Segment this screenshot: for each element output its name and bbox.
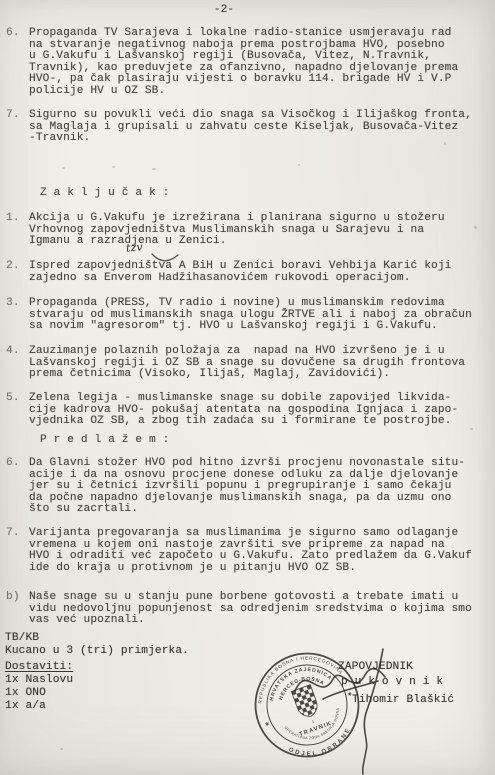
text-line: vas već upoznali. xyxy=(6,615,488,627)
paragraph-text: Zauzimanje polaznih položaja za napad na… xyxy=(29,345,445,357)
paragraph-text: Lašvanskoj regiji i OZ SB a snage su dov… xyxy=(29,357,465,369)
paragraph-number: 7. xyxy=(6,528,29,540)
scan-noise xyxy=(444,142,446,145)
conclusion-item-3: 3.Propaganda (PRESS, TV radio i novine) … xyxy=(6,298,488,333)
paragraph-text: stvaraju od muslimanskih snaga ulogu ŽRT… xyxy=(29,309,472,321)
text-line: -Travnik. xyxy=(6,133,488,145)
paragraph-text: vjednika OZ SB, a zbog tih zadaća su i f… xyxy=(29,415,451,427)
paragraph-number: 4. xyxy=(6,346,29,358)
scanned-document-page: -2- 6.Propaganda TV Sarajeva i lokalne r… xyxy=(0,0,495,775)
conclusion-item-1: 1.Akcija u G.Vakufu je izrežirana i plan… xyxy=(6,213,488,248)
paragraph-text: prema četnicima (Visoko, Ilijaš, Maglaj,… xyxy=(29,368,390,380)
paragraph-number: 7. xyxy=(6,110,29,122)
paragraph-text: Vrhovnog zapovjedništva Muslimanskih sna… xyxy=(29,224,424,236)
conclusion-heading: Z a k l j u č a k : xyxy=(40,188,169,200)
paragraph-number: b) xyxy=(6,592,29,604)
paragraph-text: da počne napadno djelovanje muslimanskih… xyxy=(29,492,451,504)
paragraph-text: Propaganda (PRESS, TV radio i novine) u … xyxy=(29,297,445,309)
scan-noise xyxy=(60,748,63,750)
text-line: policije HV u OZ SB. xyxy=(6,86,488,98)
text-line: vjednika OZ SB, a zbog tih zadaća su i f… xyxy=(6,416,488,428)
paragraph-text: na stvaranje negativnog naboja prema pos… xyxy=(29,39,445,51)
paragraph-text: Ispred zapovjedništva A BiH u Zenici bor… xyxy=(29,260,451,272)
text-line: zajedno sa Enverom Hadžihasanovićem ruko… xyxy=(6,273,488,285)
copies-note: Kucano u 3 (tri) primjerka. xyxy=(5,646,189,658)
text-line: ide do kraja u protivnom je u pitanju HV… xyxy=(6,563,488,575)
conclusion-item-4: 4.Zauzimanje polaznih položaja za napad … xyxy=(6,346,488,381)
paragraph-text: Travnik), kao preduvjete za ofanzivno, n… xyxy=(29,62,458,74)
paragraph-text: u G.Vakufu i Lašvanskoj regiji (Busovača… xyxy=(29,50,431,62)
note-b: b)Naše snage su u stanju pune borbene go… xyxy=(6,592,488,627)
paragraph-text: Sigurno su povukli veći dio snaga sa Vis… xyxy=(29,109,472,121)
paragraph-number: 6. xyxy=(6,28,29,40)
paragraph-text: cije kadrova HVO- pokušaj atentata na go… xyxy=(29,404,458,416)
paragraph-text: Zelena legija - muslimanske snage su dob… xyxy=(29,392,451,404)
paragraph-text: vas već upoznali. xyxy=(29,614,145,626)
paragraph-number: 5. xyxy=(6,393,29,405)
insertion-caret-mark xyxy=(150,251,182,267)
paragraph-text: Akcija u G.Vakufu je izrežirana i planir… xyxy=(29,212,445,224)
typist-initials: TB/KB xyxy=(5,633,39,645)
conclusion-item-2: 2.Ispred zapovjedništva A BiH u Zenici b… xyxy=(6,261,488,284)
distribution-item: 1x Naslovu xyxy=(5,675,73,687)
paragraph-text: vremena u kojem oni nastoje završiti sve… xyxy=(29,539,445,551)
conclusion-item-5: 5.Zelena legija - muslimanske snage su d… xyxy=(6,393,488,428)
scan-noise xyxy=(62,167,65,169)
text-line: sa novim "agresorom" tj. HVO u Lašvansko… xyxy=(6,321,488,333)
paragraph-text: Da Glavni stožer HVO pod hitno izvrši pr… xyxy=(29,457,465,469)
paragraph-text: -Travnik. xyxy=(29,132,90,144)
paragraph-text: što su zacrtali. xyxy=(29,503,138,515)
paragraph-text: jer su i četnici izvršili popunu i pregr… xyxy=(29,480,451,492)
scan-noise xyxy=(112,166,115,168)
handwritten-signature xyxy=(265,645,405,775)
proposal-item-6: 6.Da Glavni stožer HVO pod hitno izvrši … xyxy=(6,458,488,516)
paragraph-number: 1. xyxy=(6,213,29,225)
paragraph-text: Naše snage su u stanju pune borbene goto… xyxy=(29,591,458,603)
paragraph-text: sa novim "agresorom" tj. HVO u Lašvansko… xyxy=(29,320,438,332)
paragraph-number: 3. xyxy=(6,298,29,310)
text-line: Igmanu a razradjena u Zenici. xyxy=(6,236,488,248)
paragraph-7: 7.Sigurno su povukli veći dio snaga sa V… xyxy=(6,110,488,145)
page-number: -2- xyxy=(200,5,248,17)
paragraph-text: Propaganda TV Sarajeva i lokalne radio-s… xyxy=(29,27,451,39)
paragraph-text: ide do kraja u protivnom je u pitanju HV… xyxy=(29,562,356,574)
paragraph-number: 2. xyxy=(6,261,29,273)
scan-noise xyxy=(298,164,300,166)
paragraph-6: 6.Propaganda TV Sarajeva i lokalne radio… xyxy=(6,28,488,98)
paragraph-text: sa Maglaja i grupisali u zahvatu ceste K… xyxy=(29,121,458,133)
paragraph-text: HVO i odraditi već započeto u G.Vakufu. … xyxy=(29,550,472,562)
scan-noise xyxy=(470,428,473,430)
paragraph-text: acije i da na osnovu procjene donese odl… xyxy=(29,469,458,481)
distribution-item: 1x ONO xyxy=(5,688,46,700)
paragraph-number: 6. xyxy=(6,458,29,470)
paragraph-text: Varijanta pregovaranja sa muslimanima je… xyxy=(29,527,458,539)
distribution-item: 1x a/a xyxy=(5,701,46,713)
paragraph-text: zajedno sa Enverom Hadžihasanovićem ruko… xyxy=(29,272,411,284)
handwritten-insertion-note: tzv xyxy=(126,241,144,254)
distribution-heading: Dostaviti: xyxy=(5,662,73,674)
scan-noise xyxy=(474,226,477,229)
paragraph-text: HVO-, pa čak plasiraju vijesti o boravku… xyxy=(29,73,451,85)
proposal-heading: P r e d l a ž e m : xyxy=(40,435,169,447)
text-line: prema četnicima (Visoko, Ilijaš, Maglaj,… xyxy=(6,369,488,381)
proposal-item-7: 7.Varijanta pregovaranja sa muslimanima … xyxy=(6,528,488,574)
paragraph-text: policije HV u OZ SB. xyxy=(29,85,165,97)
scan-noise xyxy=(152,168,156,170)
paragraph-text: vidu nedovoljnu popunjenost sa odredjeni… xyxy=(29,603,472,615)
text-line: što su zacrtali. xyxy=(6,504,488,516)
